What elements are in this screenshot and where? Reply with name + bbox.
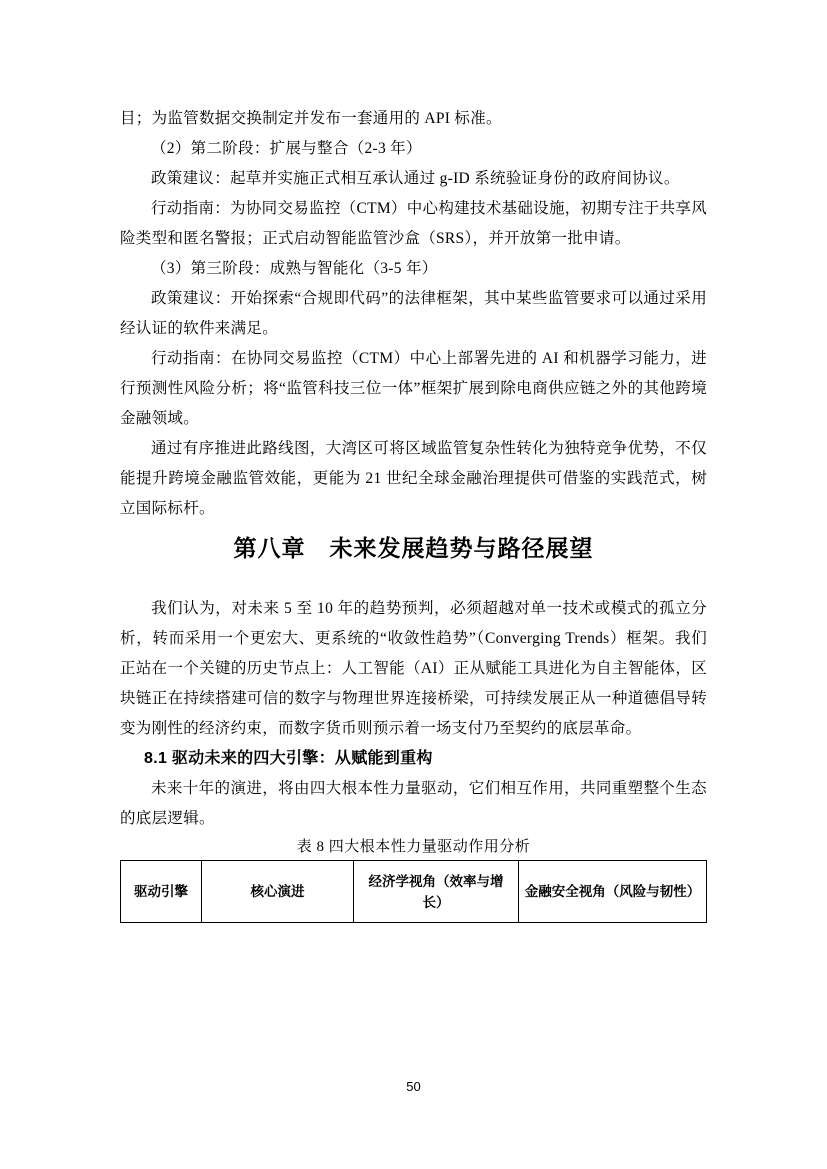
page-content: 目；为监管数据交换制定并发布一套通用的 API 标准。 （2）第二阶段：扩展与整… (120, 104, 707, 923)
table-header-cell: 金融安全视角（风险与韧性） (519, 861, 707, 923)
body-paragraph: 政策建议：起草并实施正式相互承认通过 g-ID 系统验证身份的政府间协议。 (120, 164, 707, 194)
body-paragraph: 我们认为，对未来 5 至 10 年的趋势预判，必须超越对单一技术或模式的孤立分析… (120, 594, 707, 744)
table-caption: 表 8 四大根本性力量驱动作用分析 (120, 834, 707, 860)
body-paragraph: 行动指南：为协同交易监控（CTM）中心构建技术基础设施，初期专注于共享风险类型和… (120, 194, 707, 254)
body-paragraph: 行动指南：在协同交易监控（CTM）中心上部署先进的 AI 和机器学习能力，进行预… (120, 344, 707, 434)
section-heading: 8.1 驱动未来的四大引擎：从赋能到重构 (120, 744, 707, 774)
body-paragraph: （3）第三阶段：成熟与智能化（3-5 年） (120, 254, 707, 284)
table-header-cell: 经济学视角（效率与增长） (354, 861, 519, 923)
body-paragraph: 通过有序推进此路线图，大湾区可将区域监管复杂性转化为独特竞争优势，不仅能提升跨境… (120, 434, 707, 524)
body-paragraph: 未来十年的演进，将由四大根本性力量驱动，它们相互作用，共同重塑整个生态的底层逻辑… (120, 774, 707, 834)
table-header-cell: 核心演进 (202, 861, 354, 923)
table-header-cell: 驱动引擎 (121, 861, 202, 923)
body-paragraph: 政策建议：开始探索“合规即代码”的法律框架，其中某些监管要求可以通过采用经认证的… (120, 284, 707, 344)
table-header-row: 驱动引擎 核心演进 经济学视角（效率与增长） 金融安全视角（风险与韧性） (121, 861, 707, 923)
body-paragraph: 目；为监管数据交换制定并发布一套通用的 API 标准。 (120, 104, 707, 134)
page-number: 50 (0, 1079, 827, 1095)
body-paragraph: （2）第二阶段：扩展与整合（2-3 年） (120, 134, 707, 164)
chapter-heading: 第八章 未来发展趋势与路径展望 (120, 533, 707, 564)
drivers-table: 驱动引擎 核心演进 经济学视角（效率与增长） 金融安全视角（风险与韧性） (120, 860, 707, 923)
document-page: 目；为监管数据交换制定并发布一套通用的 API 标准。 （2）第二阶段：扩展与整… (0, 0, 827, 1169)
